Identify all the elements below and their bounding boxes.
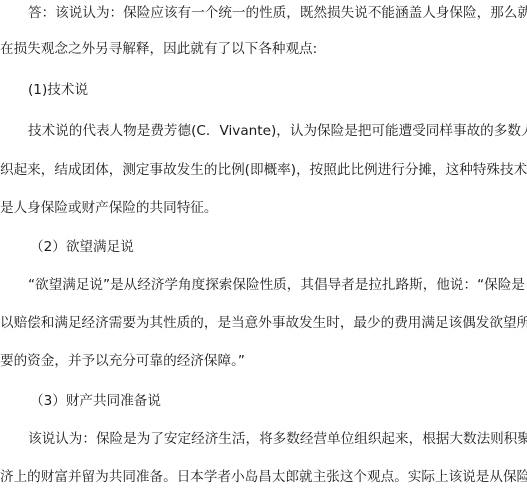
paragraph-desire-line-3: 要的资金，并予以充分可靠的经济保障。” (0, 351, 527, 371)
paragraph-desire-line-2: 以赔偿和满足经济需要为其性质的，是当意外事故发生时，最少的费用满足该偶发欲望所需 (0, 313, 527, 333)
heading-technical-theory: (1)技术说 (0, 80, 527, 100)
paragraph-technical-line-2: 织起来，结成团体，测定事故发生的比例(即概率)，按照此比例进行分摊，这种特殊技术… (0, 160, 527, 180)
paragraph-answer-line-1: 答：该说认为：保险应该有一个统一的性质，既然损失说不能涵盖人身保险，那么就要 (0, 3, 527, 23)
heading-common-reserve-theory: （3）财产共同准备说 (0, 391, 527, 411)
paragraph-technical-line-1: 技术说的代表人物是费芳德(C．Vivante)，认为保险是把可能遭受同样事故的多… (0, 121, 527, 141)
paragraph-technical-line-3: 是人身保险或财产保险的共同特征。 (0, 198, 527, 218)
paragraph-desire-line-1: “欲望满足说”是从经济学角度探索保险性质，其倡导者是拉扎路斯，他说：“保险是 (0, 275, 527, 295)
heading-desire-satisfaction-theory: （2）欲望满足说 (0, 237, 527, 257)
paragraph-answer-line-2: 在损失观念之外另寻解释，因此就有了以下各种观点: (0, 39, 527, 59)
paragraph-reserve-line-2: 济上的财富并留为共同准备。日本学者小岛昌太郎就主张这个观点。实际上该说是从保险基 (0, 467, 527, 487)
paragraph-reserve-line-1: 该说认为：保险是为了安定经济生活，将多数经营单位组织起来，根据大数法则积聚经 (0, 429, 527, 449)
